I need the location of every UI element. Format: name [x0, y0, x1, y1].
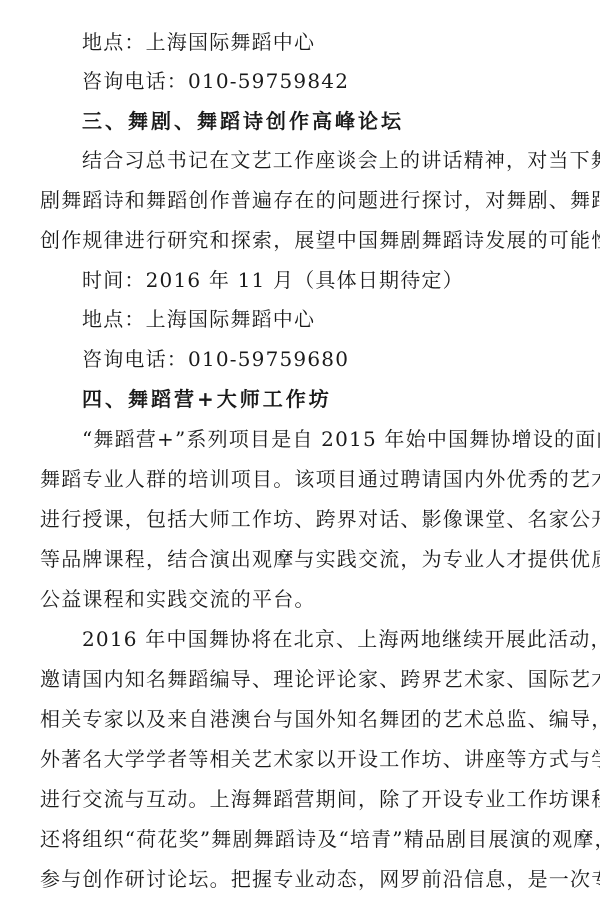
paragraph-line: 邀请国内知名舞蹈编导、理论评论家、跨界艺术家、国际艺术节 — [40, 667, 562, 691]
paragraph-line: 还将组织“荷花奖”舞剧舞蹈诗及“培青”精品剧目展演的观摩， — [40, 827, 562, 851]
section-heading-4: 四、舞蹈营+大师工作坊 — [82, 387, 562, 411]
phone-line: 咨询电话：010-59759842 — [82, 69, 562, 93]
paragraph-line: 相关专家以及来自港澳台与国外知名舞团的艺术总监、编导，海 — [40, 707, 562, 731]
paragraph-line: 创作规律进行研究和探索，展望中国舞剧舞蹈诗发展的可能性。 — [40, 228, 562, 252]
paragraph-line: 参与创作研讨论坛。把握专业动态，网罗前沿信息，是一次专业 — [40, 867, 562, 891]
section-heading-3: 三、舞剧、舞蹈诗创作高峰论坛 — [82, 109, 562, 133]
paragraph-line: 进行授课，包括大师工作坊、跨界对话、影像课堂、名家公开课 — [40, 507, 562, 531]
paragraph-line: 进行交流与互动。上海舞蹈营期间，除了开设专业工作坊课程， — [40, 787, 562, 811]
phone-line: 咨询电话：010-59759680 — [82, 347, 562, 371]
time-line: 时间：2016 年 11 月（具体日期待定） — [82, 268, 562, 292]
paragraph-line: 外著名大学学者等相关艺术家以开设工作坊、讲座等方式与学员 — [40, 747, 562, 771]
paragraph-line: 公益课程和实践交流的平台。 — [40, 587, 562, 611]
paragraph-line: 等品牌课程，结合演出观摩与实践交流，为专业人才提供优质的 — [40, 547, 562, 571]
paragraph-line: 剧舞蹈诗和舞蹈创作普遍存在的问题进行探讨，对舞剧、舞蹈诗 — [40, 188, 562, 212]
paragraph-line: 结合习总书记在文艺工作座谈会上的讲话精神，对当下舞 — [82, 148, 562, 172]
paragraph-line: 舞蹈专业人群的培训项目。该项目通过聘请国内外优秀的艺术家 — [40, 467, 562, 491]
venue-line: 地点：上海国际舞蹈中心 — [82, 307, 562, 331]
document-page: 地点：上海国际舞蹈中心 咨询电话：010-59759842 三、舞剧、舞蹈诗创作… — [0, 0, 600, 922]
venue-line: 地点：上海国际舞蹈中心 — [82, 30, 562, 54]
paragraph-line: “舞蹈营+”系列项目是自 2015 年始中国舞协增设的面向 — [82, 427, 562, 451]
paragraph-line: 2016 年中国舞协将在北京、上海两地继续开展此活动，并 — [82, 627, 562, 651]
